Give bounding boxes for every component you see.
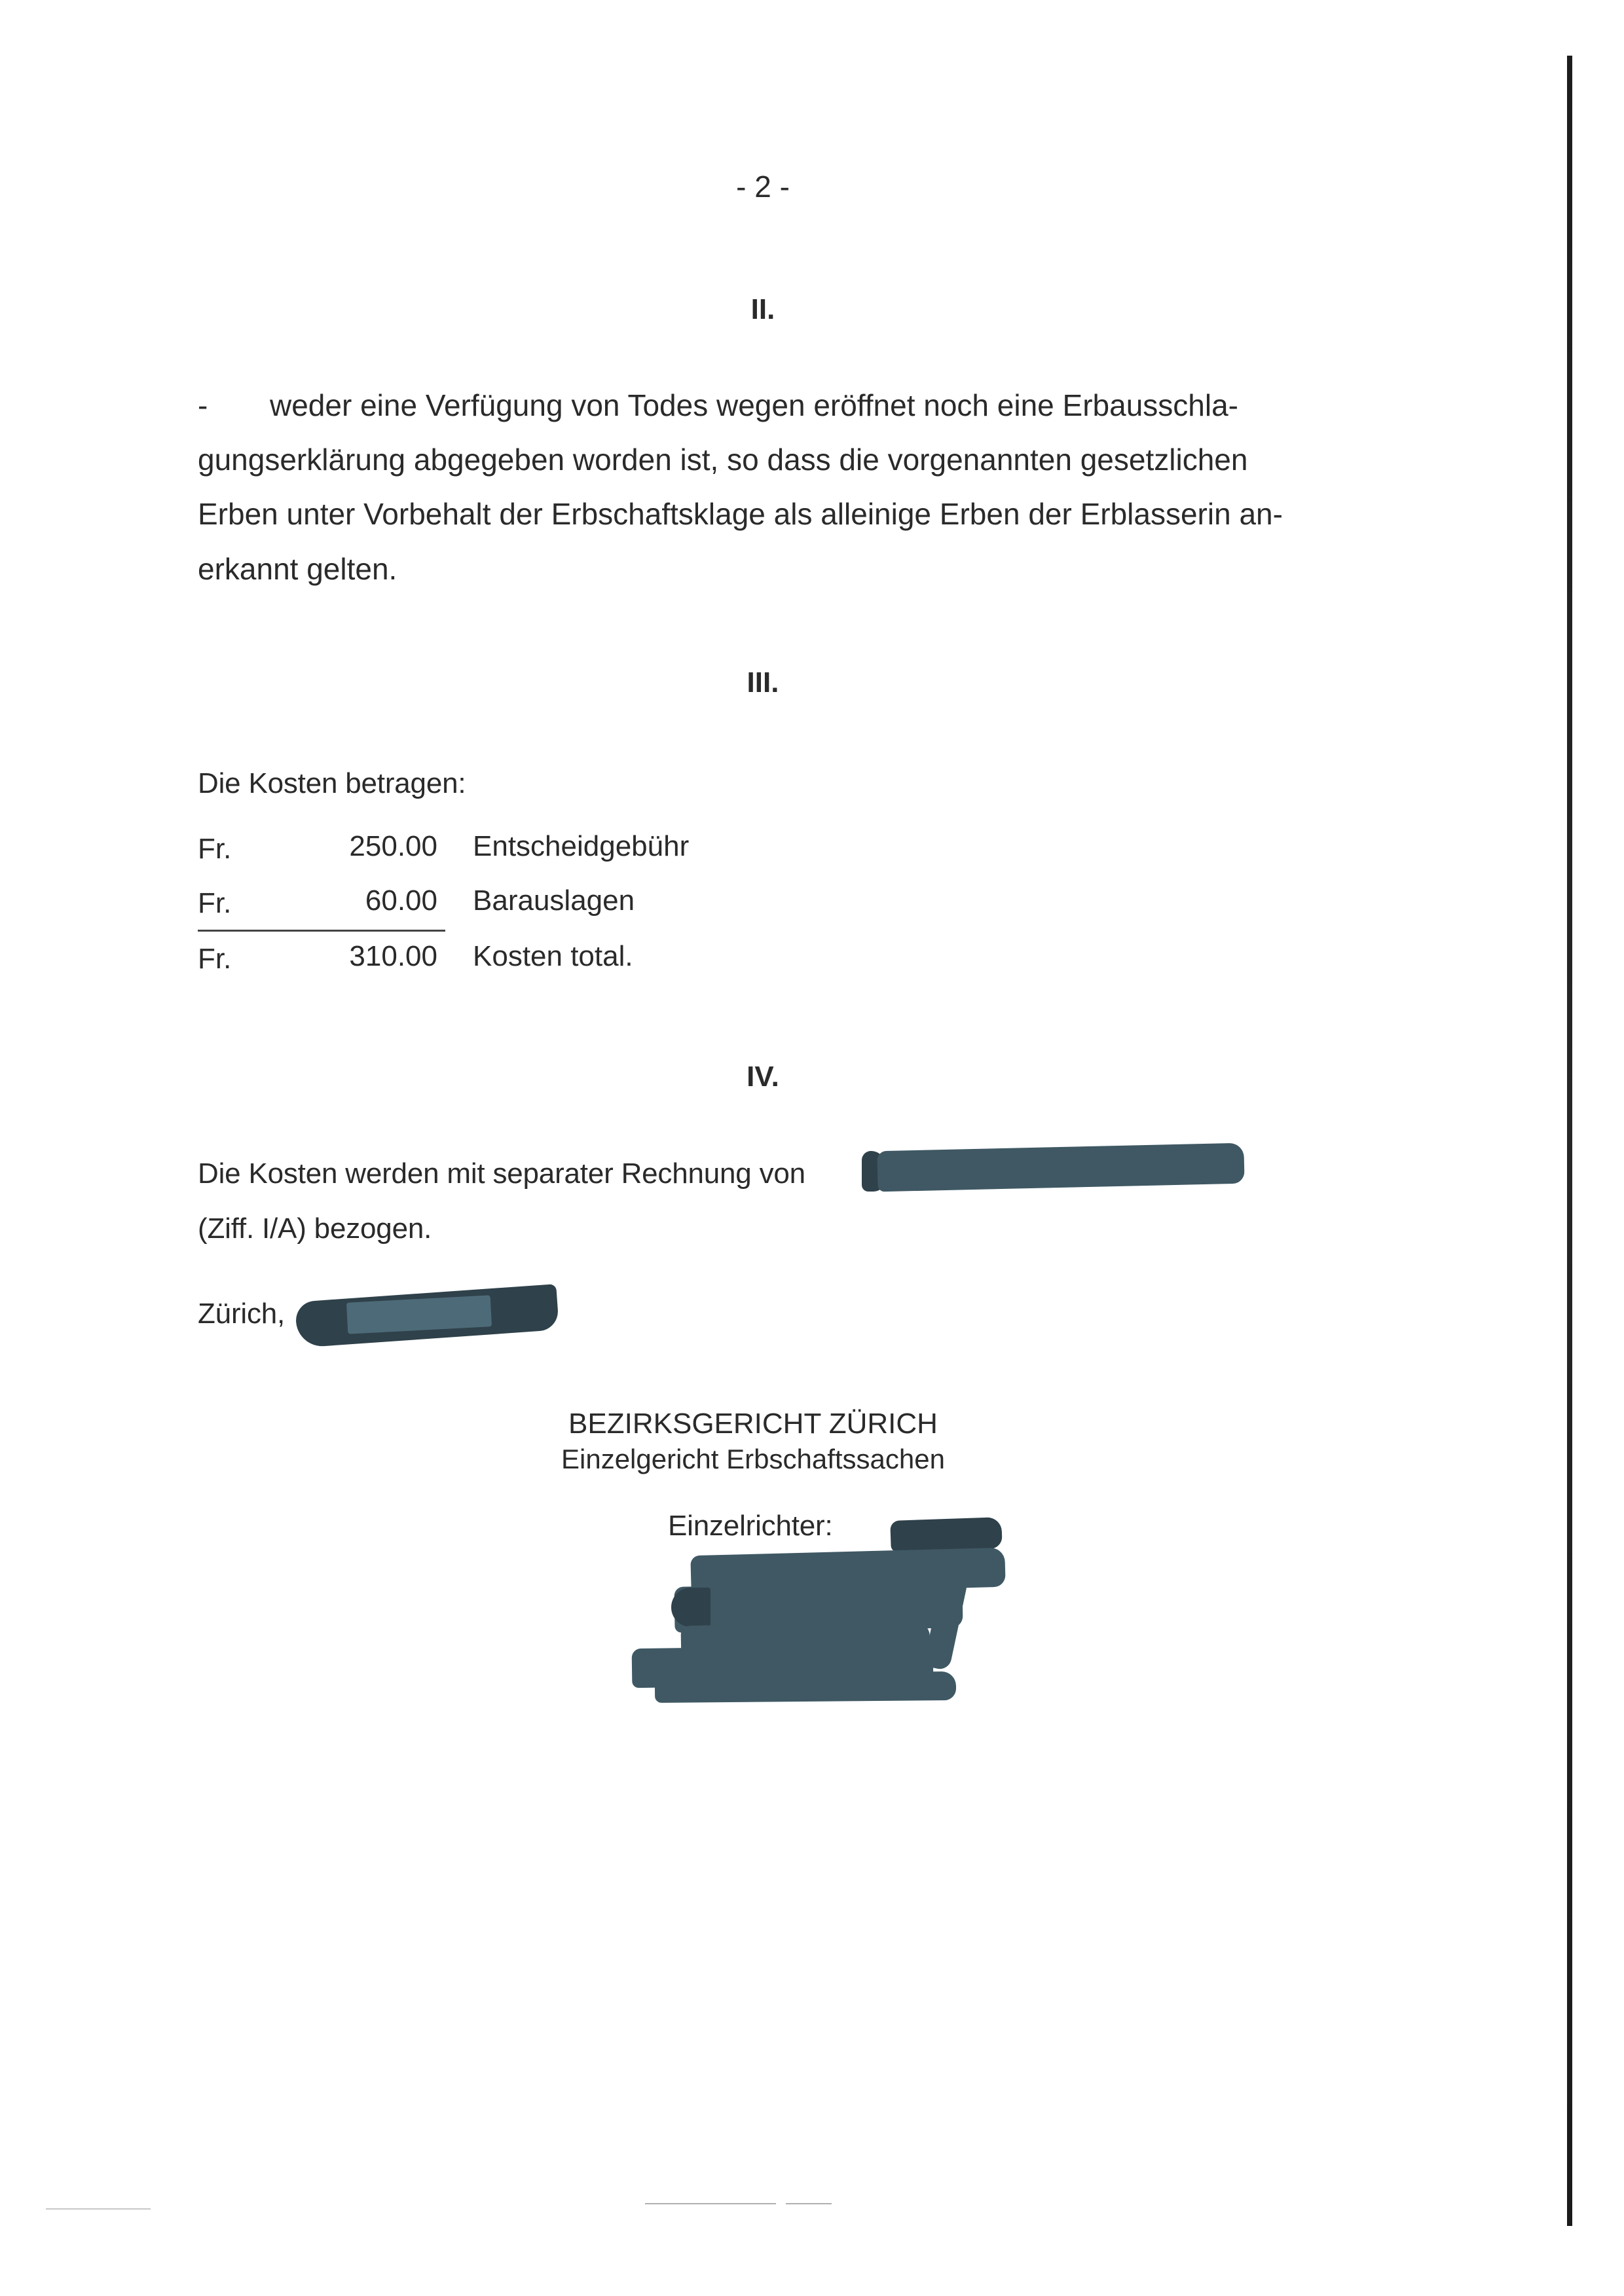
scan-border-line — [1567, 56, 1572, 2226]
section-iv-heading: IV. — [697, 1061, 828, 1093]
page-number: - 2 - — [697, 169, 828, 204]
scan-speck — [786, 2203, 832, 2204]
costs-intro: Die Kosten betragen: — [198, 767, 466, 800]
sum-rule — [198, 930, 445, 932]
cost-description: Entscheidgebühr — [473, 830, 689, 863]
cost-description: Barauslagen — [473, 884, 635, 917]
scan-speck — [46, 2208, 151, 2210]
paragraph-line-4: erkannt gelten. — [198, 551, 397, 587]
cost-currency: Fr. — [198, 887, 231, 920]
cost-amount: 250.00 — [275, 830, 437, 863]
court-name: BEZIRKSGERICHT ZÜRICH — [458, 1408, 1048, 1440]
billing-line-2: (Ziff. I/A) bezogen. — [198, 1212, 432, 1245]
section-iii-heading: III. — [697, 666, 828, 699]
paragraph-line-3: Erben unter Vorbehalt der Erbschaftsklag… — [198, 496, 1283, 532]
redaction-stroke — [890, 1517, 1003, 1552]
redaction-stroke — [671, 1588, 710, 1627]
paragraph-line-1: weder eine Verfügung von Todes wegen erö… — [270, 388, 1238, 423]
closing-place: Zürich, — [198, 1298, 285, 1330]
cost-currency: Fr. — [198, 833, 231, 866]
section-ii-heading: II. — [697, 293, 828, 326]
cost-description: Kosten total. — [473, 940, 633, 973]
scan-speck — [645, 2203, 776, 2204]
redaction-stroke — [655, 1671, 956, 1703]
paragraph-line-2: gungserklärung abgegeben worden ist, so … — [198, 442, 1247, 477]
cost-amount: 310.00 — [275, 940, 437, 973]
billing-line-1: Die Kosten werden mit separater Rechnung… — [198, 1157, 805, 1190]
signatory-label: Einzelrichter: — [668, 1510, 833, 1542]
redaction-billing-party-fill — [877, 1143, 1244, 1192]
court-division: Einzelgericht Erbschaftssachen — [458, 1444, 1048, 1475]
cost-currency: Fr. — [198, 943, 231, 975]
bullet-dash: - — [198, 388, 208, 423]
cost-amount: 60.00 — [275, 884, 437, 917]
